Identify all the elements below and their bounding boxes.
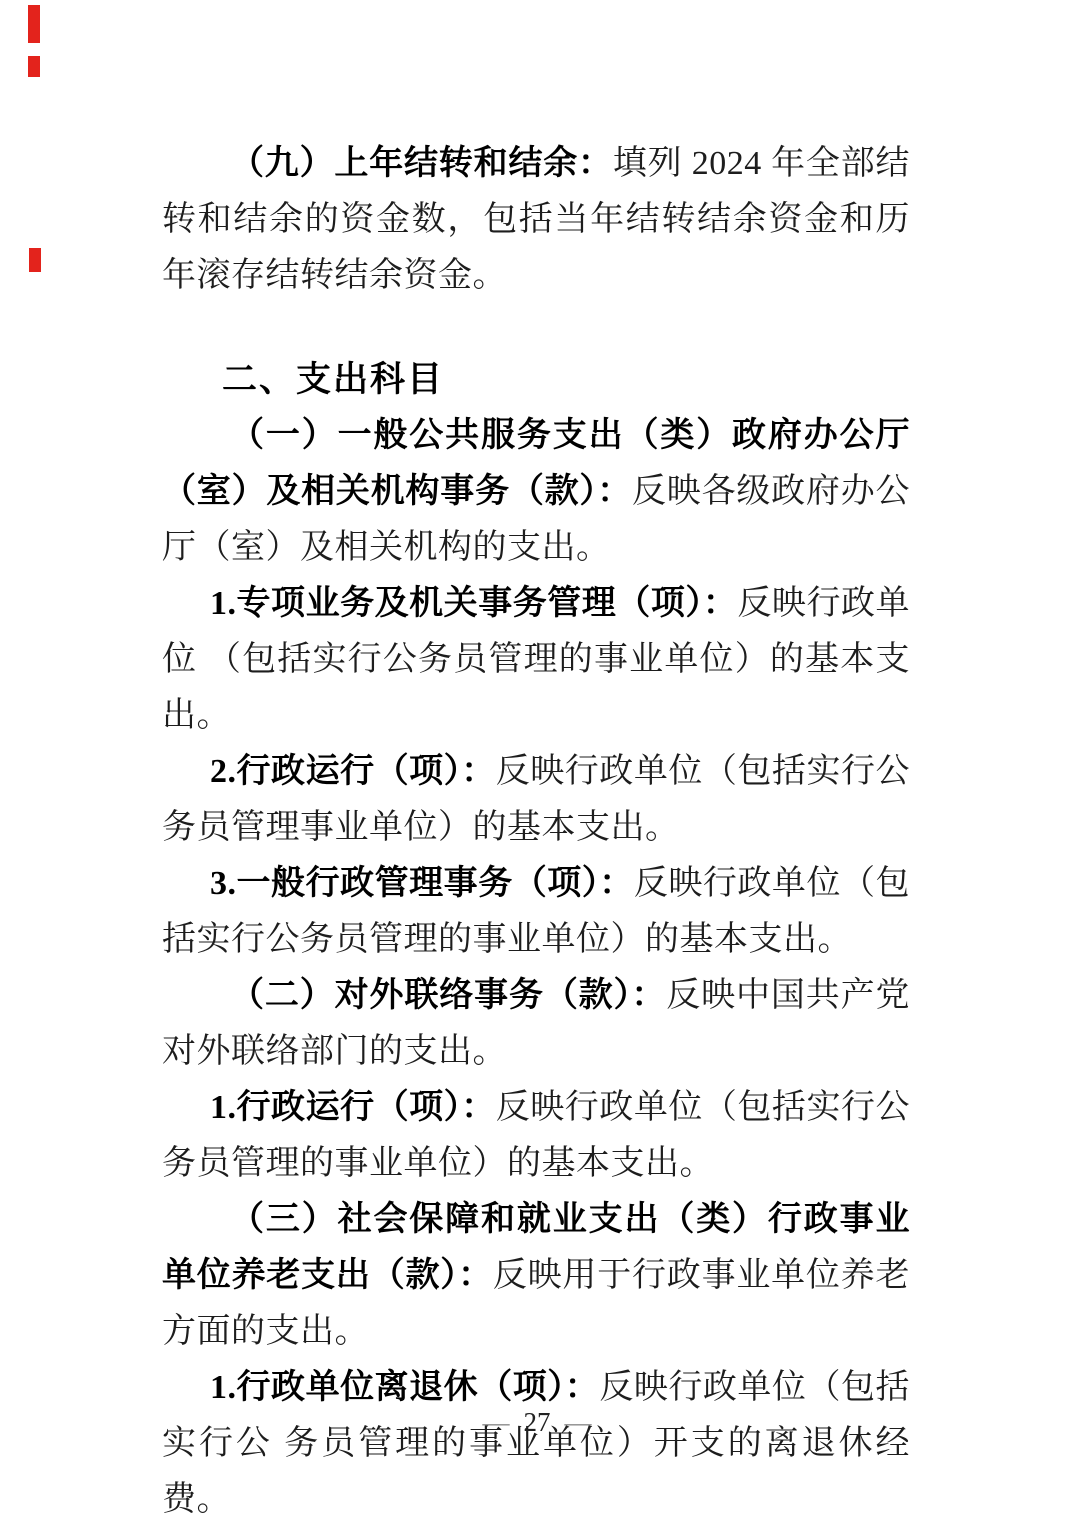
paragraph-three-social-security: （三）社会保障和就业支出（类）行政事业单位养老支出（款）：反映用于行政事业单位养… [162,1192,910,1360]
red-annotation-mark [28,5,40,43]
paragraph-lead: （九）上年结转和结余： [230,145,613,182]
paragraph-two-external-liaison: （二）对外联络事务（款）：反映中国共产党对外联络部门的支出。 [162,968,910,1080]
red-annotation-mark [29,248,41,272]
item-1-special-business: 1.专项业务及机关事务管理（项）：反映行政单位 （包括实行公务员管理的事业单位）… [162,576,910,744]
page-number: 27 [524,1407,551,1437]
section-heading-expenditure: 二、支出科目 [162,352,910,408]
paragraph-lead: 2.行政运行（项）： [210,753,496,790]
paragraph-lead: 1.行政运行（项）： [210,1089,496,1126]
footer-right-dash: — [551,1407,606,1437]
item-2-admin-operation: 2.行政运行（项）：反映行政单位（包括实行公务员管理事业单位）的基本支出。 [162,744,910,856]
item-3-general-admin-affairs: 3.一般行政管理事务（项）：反映行政单位（包括实行公务员管理的事业单位）的基本支… [162,856,910,968]
red-annotation-mark [28,56,40,77]
paragraph-lead: （二）对外联络事务（款）： [230,977,666,1014]
document-page: （九）上年结转和结余：填列 2024 年全部结转和结余的资金数，包括当年结转结余… [0,0,1074,1520]
paragraph-lead: 1.行政单位离退休（项）： [210,1369,599,1406]
item-1-retirement: 1.行政单位离退休（项）：反映行政单位（包括实行公 务员管理的事业单位）开支的离… [162,1360,910,1520]
paragraph-one-general-public-service: （一）一般公共服务支出（类）政府办公厅（室）及相关机构事务（款）：反映各级政府办… [162,408,910,576]
item-1-admin-operation-liaison: 1.行政运行（项）：反映行政单位（包括实行公务员管理的事业单位）的基本支出。 [162,1080,910,1192]
footer-left-dash: — [469,1407,524,1437]
paragraph-lead: 1.专项业务及机关事务管理（项）： [210,585,737,622]
page-footer: —27— [0,1406,1074,1438]
paragraph-lead: 3.一般行政管理事务（项）： [210,865,634,902]
document-body: （九）上年结转和结余：填列 2024 年全部结转和结余的资金数，包括当年结转结余… [162,136,910,1520]
paragraph-nine-carryover: （九）上年结转和结余：填列 2024 年全部结转和结余的资金数，包括当年结转结余… [162,136,910,304]
